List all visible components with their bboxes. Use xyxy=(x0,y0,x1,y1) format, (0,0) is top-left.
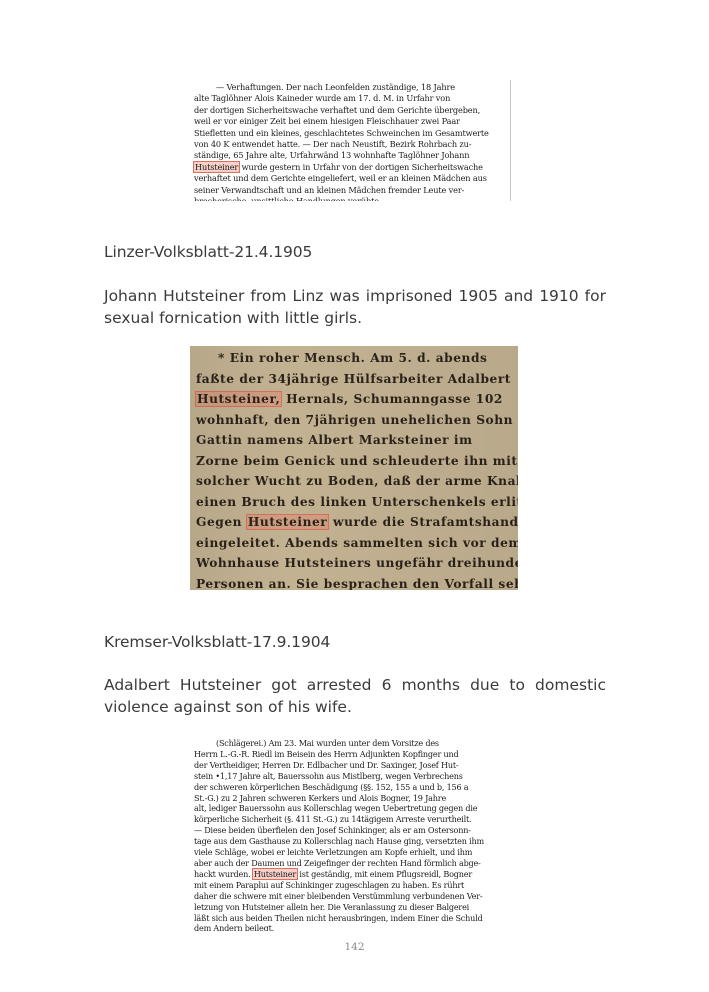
highlighted-name: Hutsteiner xyxy=(253,869,297,879)
clipping-line: Gegen Hutsteiner wurde die Strafamtshand… xyxy=(196,512,512,533)
clipping-line: seiner Verwandtschaft und an kleinen Mäd… xyxy=(194,185,510,196)
clipping-line: faßte der 34jährige Hülfsarbeiter Adalbe… xyxy=(196,369,512,390)
clipping-line: Personen an. Sie besprachen den Vorfall … xyxy=(196,574,512,591)
clipping-line: dem Andern beilegt. xyxy=(194,923,512,931)
clipping-line: läßt sich aus beiden Theilen nicht herau… xyxy=(194,913,512,924)
caption-linzer-volksblatt: Linzer-Volksblatt-21.4.1905 xyxy=(104,243,312,261)
clipping-line: tage aus dem Gasthause zu Kollerschlag n… xyxy=(194,836,512,847)
clipping-line: Herrn L.-G.-R. Riedl im Beisein des Herr… xyxy=(194,749,512,760)
clipping-line: Hutsteiner, Hernals, Schumanngasse 102 xyxy=(196,389,512,410)
clipping-line: ständige, 65 Jahre alte, Urfahrwänd 13 w… xyxy=(194,150,510,161)
clipping-line: wohnhaft, den 7jährigen unehelichen Sohn… xyxy=(196,410,512,431)
clipping-line: mit einem Paraplui auf Schinkinger zuges… xyxy=(194,880,512,891)
column-rule xyxy=(510,80,511,201)
clipping-line: Zorne beim Genick und schleuderte ihn mi… xyxy=(196,451,512,472)
clipping-line: Stiefletten und ein kleines, geschlachte… xyxy=(194,128,510,139)
clipping-line: aber auch der Daumen und Zeigefinger der… xyxy=(194,858,512,869)
paragraph-adalbert-hutsteiner: Adalbert Hutsteiner got arrested 6 month… xyxy=(104,674,606,718)
clipping-line: weil er vor einiger Zeit bei einem hiesi… xyxy=(194,116,510,127)
highlighted-name: Hutsteiner xyxy=(247,515,328,529)
newspaper-clipping-linzer-volksblatt: — Verhaftungen. Der nach Leonfelden zust… xyxy=(190,80,514,201)
clipping-line: daher die schwere mit einer bleibenden V… xyxy=(194,891,512,902)
clipping-line: * Ein roher Mensch. Am 5. d. abends xyxy=(196,348,512,369)
page-number: 142 xyxy=(0,941,709,953)
clipping-line: letzung von Hutsteiner allein her. Die V… xyxy=(194,902,512,913)
newspaper-clipping-ein-roher-mensch: * Ein roher Mensch. Am 5. d. abendsfaßte… xyxy=(190,346,518,590)
newspaper-clipping-schlaegerei: (Schlägerei.) Am 23. Mai wurden unter de… xyxy=(190,735,516,931)
clipping-line: — Diese beiden überfielen den Josef Schi… xyxy=(194,825,512,836)
clipping-line: (Schlägerei.) Am 23. Mai wurden unter de… xyxy=(194,738,512,749)
highlighted-name: Hutsteiner, xyxy=(196,392,281,406)
clipping-line: St.-G.) zu 2 Jahren schweren Kerkers und… xyxy=(194,793,512,804)
clipping-line: einen Bruch des linken Unterschenkels er… xyxy=(196,492,512,513)
clipping-line: eingeleitet. Abends sammelten sich vor d… xyxy=(196,533,512,554)
clipping-line: verhaftet und dem Gerichte eingeliefert,… xyxy=(194,173,510,184)
caption-kremser-volksblatt: Kremser-Volksblatt-17.9.1904 xyxy=(104,633,330,651)
clipping-line: Hutsteiner wurde gestern in Urfahr von d… xyxy=(194,162,510,173)
clipping-line: der Vertheidiger, Herren Dr. Edlbacher u… xyxy=(194,760,512,771)
highlighted-name: Hutsteiner xyxy=(194,162,239,172)
clipping-line: solcher Wucht zu Boden, daß der arme Kna… xyxy=(196,471,512,492)
clipping-line: alte Taglöhner Alois Kaineder wurde am 1… xyxy=(194,93,510,104)
clipping-line: Wohnhause Hutsteiners ungefähr dreihunde… xyxy=(196,553,512,574)
clipping-line: körperliche Sicherheit (§. 411 St.-G.) z… xyxy=(194,814,512,825)
clipping-line: viele Schläge, wobei er leichte Verletzu… xyxy=(194,847,512,858)
clipping-line: brecherische, unsittliche Handlungen ver… xyxy=(194,196,510,201)
clipping-line: der dortigen Sicherheitswache verhaftet … xyxy=(194,105,510,116)
clipping-line: Gattin namens Albert Marksteiner im xyxy=(196,430,512,451)
clipping-line: von 40 K entwendet hatte. — Der nach Neu… xyxy=(194,139,510,150)
clipping-line: stein •1,17 Jahre alt, Bauerssohn aus Mi… xyxy=(194,771,512,782)
clipping-line: alt, lediger Bauerssohn aus Kollerschlag… xyxy=(194,803,512,814)
paragraph-johann-hutsteiner: Johann Hutsteiner from Linz was imprison… xyxy=(104,285,606,329)
clipping-line: hackt wurden. Hutsteiner ist geständig, … xyxy=(194,869,512,880)
clipping-line: — Verhaftungen. Der nach Leonfelden zust… xyxy=(194,82,510,93)
clipping-line: der schweren körperlichen Beschädigung (… xyxy=(194,782,512,793)
